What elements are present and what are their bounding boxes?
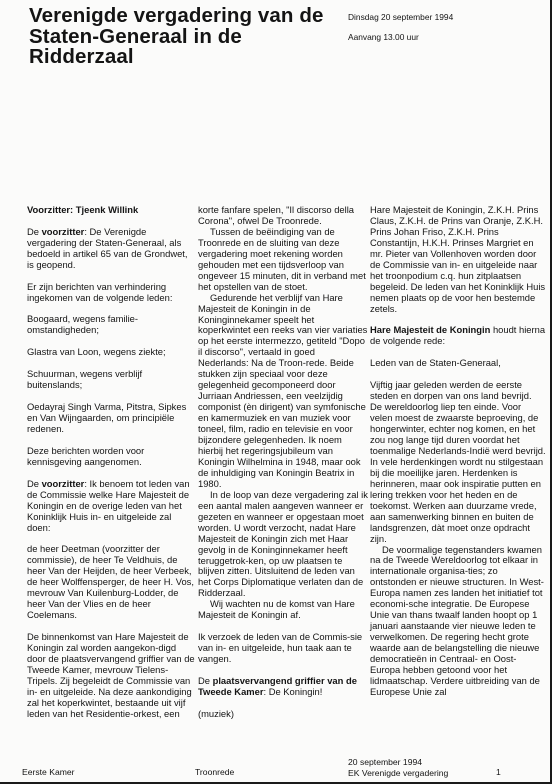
paragraph: korte fanfare spelen, "Il discorso della… xyxy=(198,205,368,227)
paragraph: Oedayraj Singh Varma, Pitstra, Sipkes en… xyxy=(27,402,195,435)
paragraph: Glastra van Loon, wegens ziekte; xyxy=(27,347,195,358)
meeting-date: Dinsdag 20 september 1994 xyxy=(348,12,453,22)
speech-paragraph: De voormalige tegenstanders kwamen na de… xyxy=(370,545,546,698)
speaker-label: Hare Majesteit de Koningin xyxy=(370,324,490,335)
page-number: 1 xyxy=(496,767,501,778)
footer-chamber: Eerste Kamer xyxy=(22,767,75,778)
paragraph: In de loop van deze vergadering zal ik e… xyxy=(198,490,368,600)
speaker-label: voorzitter xyxy=(42,226,85,237)
paragraph: de heer Deetman (voorzitter der commissi… xyxy=(27,544,195,621)
page-title: Verenigde vergadering van de Staten-Gene… xyxy=(29,6,349,68)
title-line-3: Ridderzaal xyxy=(29,47,349,68)
paragraph: Gedurende het verblijf van Hare Majestei… xyxy=(198,293,368,490)
footer-meeting-title: EK Verenigde vergadering xyxy=(348,768,448,779)
paragraph: Hare Majesteit de Koningin, Z.K.H. Prins… xyxy=(370,205,546,315)
paragraph: De voorzitter: Ik benoem tot leden van d… xyxy=(27,479,195,534)
document-page: Verenigde vergadering van de Staten-Gene… xyxy=(0,0,552,784)
paragraph: De plaatsvervangend griffier van de Twee… xyxy=(198,676,368,698)
footer-subject: Troonrede xyxy=(195,767,234,778)
text: : De Koningin! xyxy=(263,686,322,697)
paragraph: De voorzitter: De Verenigde vergadering … xyxy=(27,227,195,271)
paragraph: Ik verzoek de leden van de Commis-sie va… xyxy=(198,632,368,665)
text: De xyxy=(27,226,42,237)
text-column-3: Hare Majesteit de Koningin, Z.K.H. Prins… xyxy=(370,205,546,698)
speech-salutation: Leden van de Staten-Generaal, xyxy=(370,358,546,369)
paragraph: Deze berichten worden voor kennisgeving … xyxy=(27,446,195,468)
paragraph: Tussen de beëindiging van de Troonrede e… xyxy=(198,227,368,293)
speech-paragraph: Vijftig jaar geleden werden de eerste st… xyxy=(370,380,546,544)
footer-meeting-info: 20 september 1994 EK Verenigde vergaderi… xyxy=(348,757,448,778)
stage-direction: (muziek) xyxy=(198,709,368,720)
paragraph: De binnenkomst van Hare Majesteit de Kon… xyxy=(27,632,195,720)
text-column-2: korte fanfare spelen, "Il discorso della… xyxy=(198,205,368,731)
paragraph: Er zijn berichten van verhindering ingek… xyxy=(27,282,195,304)
paragraph: Boogaard, wegens familie-omstandigheden; xyxy=(27,314,195,336)
title-line-1: Verenigde vergadering van de xyxy=(29,6,349,27)
paragraph: Wij wachten nu de komst van Hare Majeste… xyxy=(198,599,368,621)
title-line-2: Staten-Generaal in de xyxy=(29,27,349,48)
chair-heading: Voorzitter: Tjeenk Willink xyxy=(27,205,195,216)
speaker-label: voorzitter xyxy=(42,478,85,489)
meeting-start-time: Aanvang 13.00 uur xyxy=(348,32,419,42)
footer-date: 20 september 1994 xyxy=(348,757,448,768)
text: De xyxy=(27,478,42,489)
paragraph: Hare Majesteit de Koningin houdt hierna … xyxy=(370,325,546,347)
paragraph: Schuurman, wegens verblijf buitenslands; xyxy=(27,369,195,391)
text-column-1: Voorzitter: Tjeenk Willink De voorzitter… xyxy=(27,205,195,731)
text: De xyxy=(198,675,213,686)
